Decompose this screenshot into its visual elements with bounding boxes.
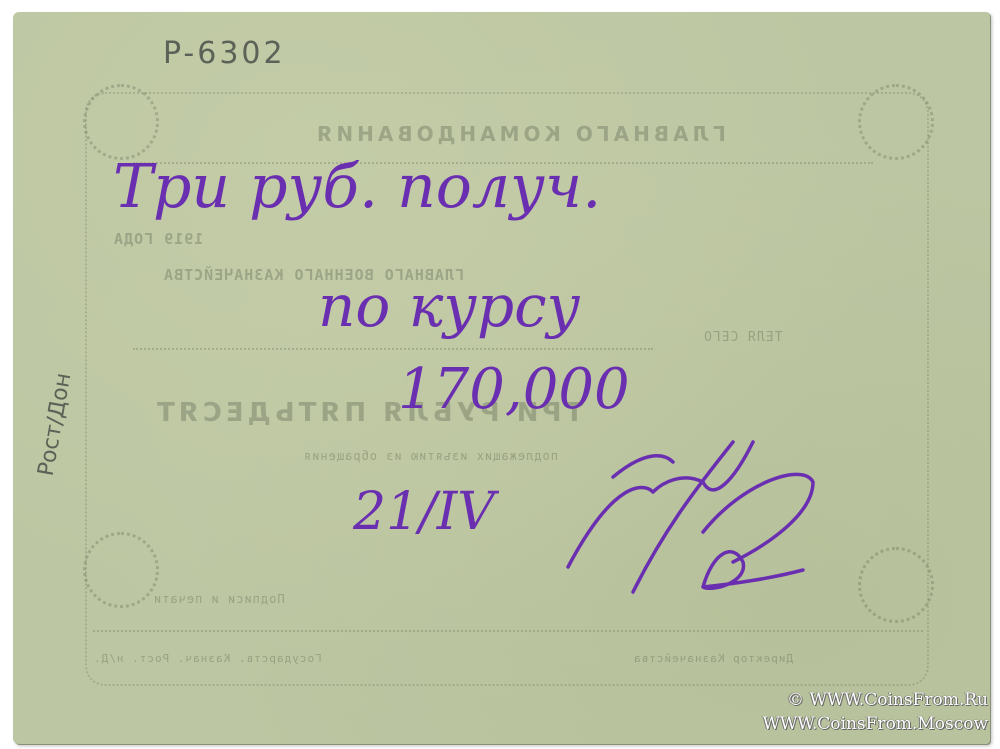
watermark-line-2: WWW.CoinsFrom.Moscow [762,714,988,734]
banknote-reverse: ГЛАВНАГО КОМАНДОВАНИЯ 1919 ГОДА ГЛАВНАГО… [13,12,990,744]
watermark-line-1: © WWW.CoinsFrom.Ru [787,690,988,710]
ink-signature-icon [13,12,990,744]
